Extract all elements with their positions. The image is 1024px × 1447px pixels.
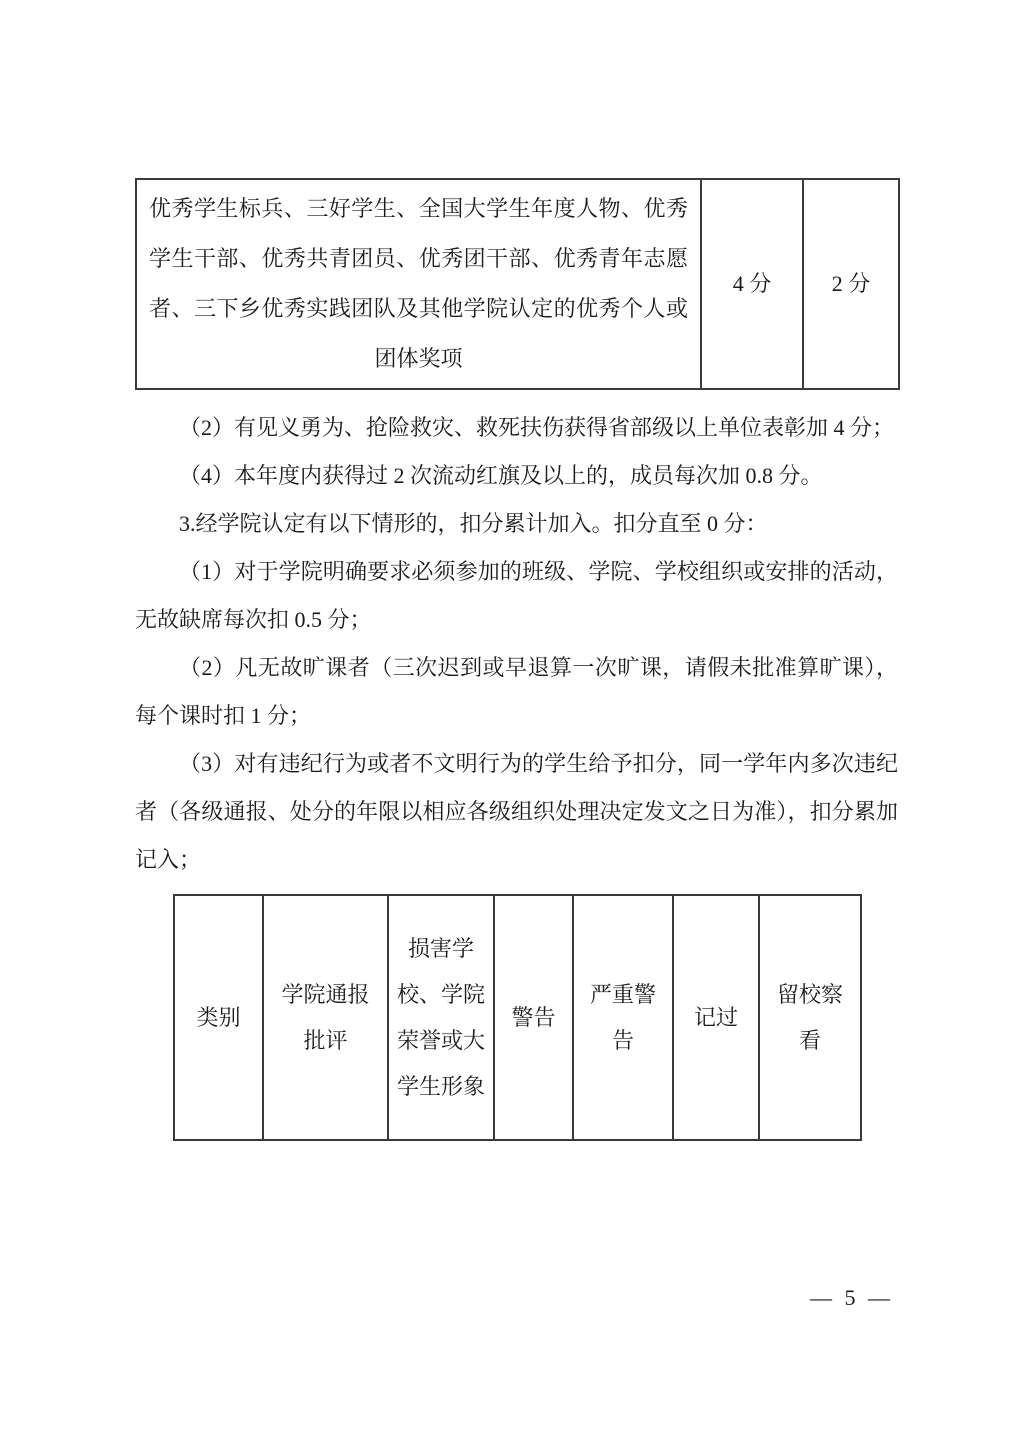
- penalty-header-category: 类别: [174, 895, 263, 1140]
- penalty-header-demerit: 记过: [673, 895, 759, 1140]
- penalty-header-damage-reputation: 损害学校、学院荣誉或大学生形象: [388, 895, 494, 1140]
- body-paragraphs: （2）有见义勇为、抢险救灾、救死扶伤获得省部级以上单位表彰加 4 分； （4）本…: [135, 404, 898, 884]
- penalty-header-serious-warning: 严重警告: [573, 895, 673, 1140]
- penalty-table: 类别 学院通报批评 损害学校、学院荣誉或大学生形象 警告 严重警告 记过 留校察…: [173, 894, 862, 1141]
- paragraph-bonus-bravery: （2）有见义勇为、抢险救灾、救死扶伤获得省部级以上单位表彰加 4 分；: [135, 404, 898, 452]
- paragraph-deduction-intro: 3.经学院认定有以下情形的，扣分累计加入。扣分直至 0 分：: [135, 500, 898, 548]
- document-page: 优秀学生标兵、三好学生、全国大学生年度人物、优秀学生干部、优秀共青团员、优秀团干…: [0, 0, 1024, 1447]
- paragraph-deduction-truancy: （2）凡无故旷课者（三次迟到或早退算一次旷课，请假未批准算旷课），每个课时扣 1…: [135, 644, 898, 740]
- award-score-primary-cell: 4 分: [701, 179, 803, 389]
- penalty-header-warning: 警告: [494, 895, 573, 1140]
- paragraph-deduction-absence: （1）对于学院明确要求必须参加的班级、学院、学校组织或安排的活动，无故缺席每次扣…: [135, 548, 898, 644]
- paragraph-deduction-discipline: （3）对有违纪行为或者不文明行为的学生给予扣分，同一学年内多次违纪者（各级通报、…: [135, 740, 898, 884]
- penalty-header-college-criticism: 学院通报批评: [263, 895, 388, 1140]
- award-description-cell: 优秀学生标兵、三好学生、全国大学生年度人物、优秀学生干部、优秀共青团员、优秀团干…: [136, 179, 701, 389]
- award-table-row: 优秀学生标兵、三好学生、全国大学生年度人物、优秀学生干部、优秀共青团员、优秀团干…: [136, 179, 899, 389]
- award-table: 优秀学生标兵、三好学生、全国大学生年度人物、优秀学生干部、优秀共青团员、优秀团干…: [135, 178, 900, 390]
- penalty-table-header-row: 类别 学院通报批评 损害学校、学院荣誉或大学生形象 警告 严重警告 记过 留校察…: [174, 895, 861, 1140]
- penalty-header-probation: 留校察看: [759, 895, 861, 1140]
- page-number: — 5 —: [810, 1283, 890, 1313]
- paragraph-bonus-red-flag: （4）本年度内获得过 2 次流动红旗及以上的，成员每次加 0.8 分。: [135, 452, 898, 500]
- page-content: 优秀学生标兵、三好学生、全国大学生年度人物、优秀学生干部、优秀共青团员、优秀团干…: [135, 178, 898, 1141]
- award-score-secondary-cell: 2 分: [803, 179, 899, 389]
